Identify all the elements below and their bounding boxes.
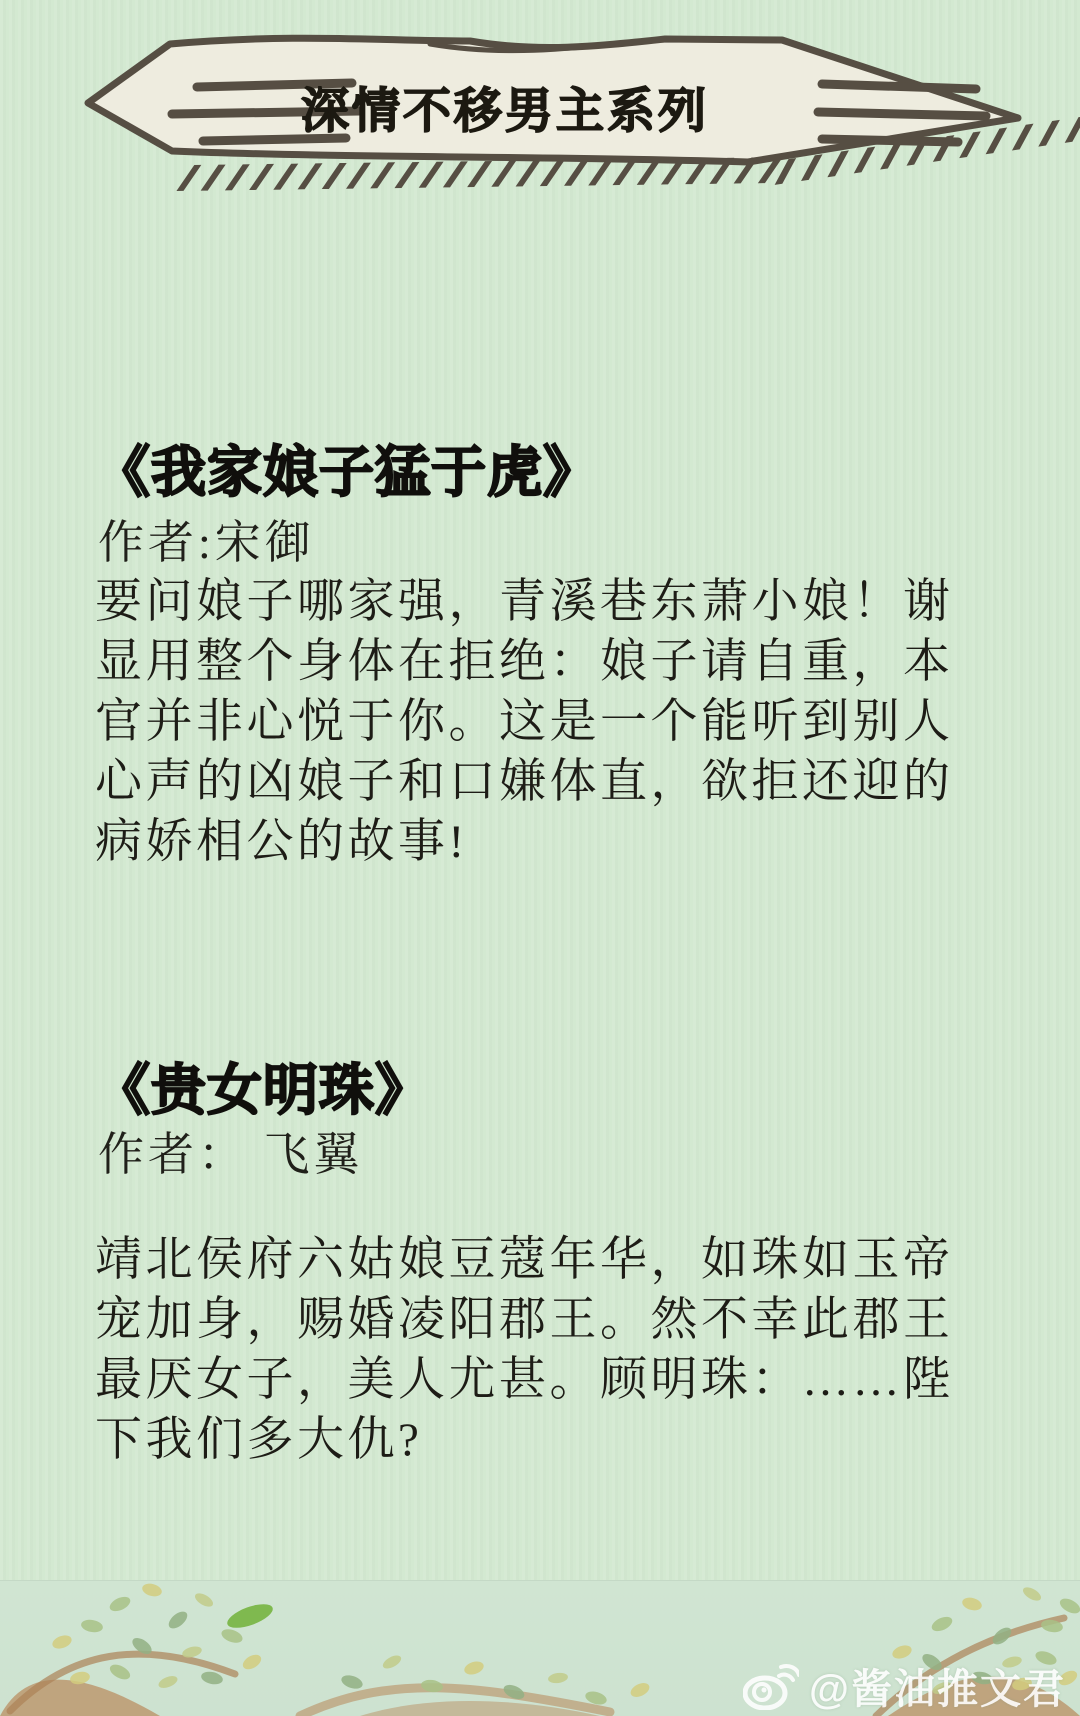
book1-title: 《我家娘子猛于虎》: [95, 428, 599, 507]
poster-page: 深情不移男主系列 《我家娘子猛于虎》 作者:宋御 要问娘子哪家强，青溪巷东萧小娘…: [0, 0, 1080, 1716]
banner-hatching-bottom: [185, 170, 781, 178]
watermark-handle: @酱油推文君: [809, 1656, 1066, 1715]
floating-leaf: [224, 1599, 275, 1632]
book2-author: 作者： 飞翼: [98, 1118, 364, 1184]
weibo-icon: [743, 1662, 799, 1710]
series-title: 深情不移男主系列: [290, 72, 720, 141]
book1-author: 作者:宋御: [98, 506, 315, 572]
banner: 深情不移男主系列: [0, 0, 1080, 250]
left-branch-decoration: [0, 1582, 652, 1716]
book2-description: 靖北侯府六姑娘豆蔻年华，如珠如玉帝 宠加身，赐婚凌阳郡王。然不幸此郡王 最厌女子…: [95, 1230, 1035, 1470]
book1-description: 要问娘子哪家强，青溪巷东萧小娘！谢 显用整个身体在拒绝：娘子请自重，本 官并非心…: [95, 572, 1035, 872]
book2-title: 《贵女明珠》: [95, 1046, 431, 1125]
watermark: @酱油推文君: [743, 1656, 1066, 1715]
